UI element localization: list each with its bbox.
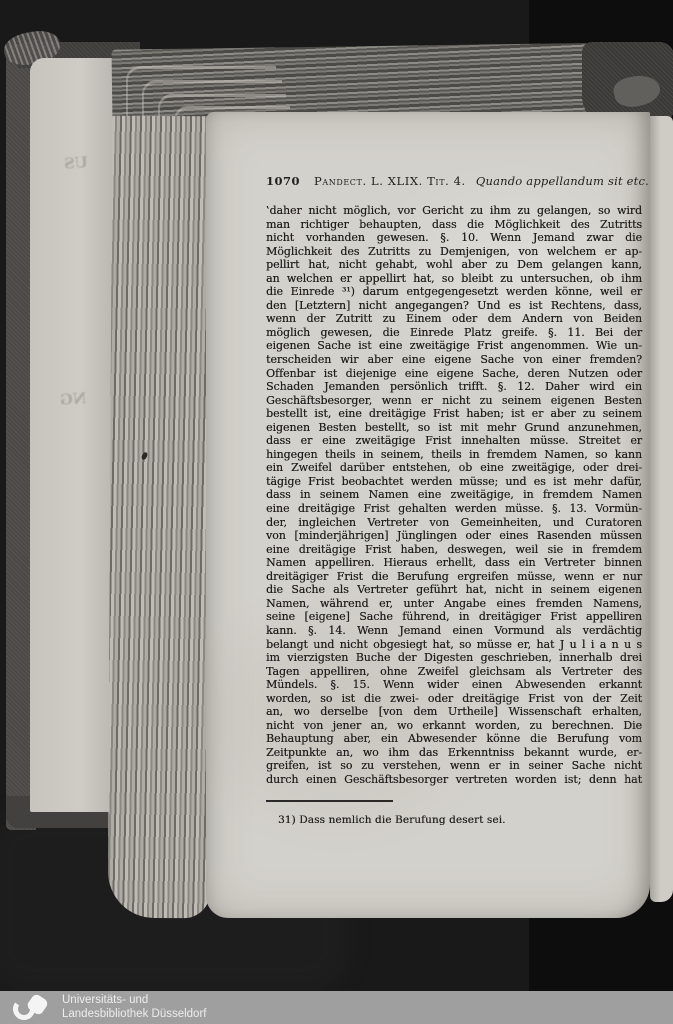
text-line: Schaden Jemanden persönlich trifft. §. 1…	[266, 380, 642, 394]
text-line: Möglichkeit des Zutritts zu Demjenigen, …	[266, 245, 642, 259]
text-line: Offenbar ist diejenige eine eigene Sache…	[266, 367, 642, 381]
text-line: Geschäftsbesorger, wenn er nicht zu sein…	[266, 394, 642, 408]
watermark-text: Universitäts- und Landesbibliothek Düsse…	[62, 993, 206, 1021]
text-line: durch einen Geschäftsbesorger vertreten …	[266, 773, 642, 787]
text-line: dass er eine zweitägige Frist innehalten…	[266, 434, 642, 448]
text-line: bestellt ist, eine dreitägige Frist habe…	[266, 407, 642, 421]
text-line: worden, so ist die zwei- oder dreitägige…	[266, 692, 642, 706]
text-line: eine dreitägige Frist haben, deswegen, w…	[266, 543, 642, 557]
text-line: Namen appelliren. Hieraus erhellt, dass …	[266, 556, 642, 570]
text-line: nicht vorhanden gewesen. §. 10. Wenn Jem…	[266, 231, 642, 245]
library-watermark-bar: Universitäts- und Landesbibliothek Düsse…	[0, 991, 673, 1024]
text-line: im vierzigsten Buche der Digesten geschr…	[266, 651, 642, 665]
footnote: 31) Dass nemlich die Berufung desert sei…	[278, 814, 506, 826]
running-subtitle: Quando appellandum sit etc.	[476, 174, 649, 188]
text-line: belangt und nicht obgesiegt hat, so müss…	[266, 638, 642, 652]
body-text: ‛daher nicht möglich, vor Gericht zu ihm…	[266, 204, 642, 787]
text-line: eigenen Besten bestellt, so ist mit mehr…	[266, 421, 642, 435]
text-line: Mündels. §. 15. Wenn wider einen Abwesen…	[266, 678, 642, 692]
text-line: ‛daher nicht möglich, vor Gericht zu ihm…	[266, 204, 642, 218]
text-line: von [minderjährigen] Jünglingen oder ein…	[266, 529, 642, 543]
bleedthrough-text: US	[63, 153, 88, 173]
text-line: Zeitpunkte an, wo ihm das Erkenntniss be…	[266, 746, 642, 760]
text-line: man richtiger behaupten, dass die Möglic…	[266, 218, 642, 232]
text-line: Namen, während er, unter Angabe eines fr…	[266, 597, 642, 611]
text-line: die Sache als Vertreter geführt hat, nic…	[266, 583, 642, 597]
text-line: der, ingleichen Vertreter von Gemeinheit…	[266, 516, 642, 530]
bleedthrough-text: NG	[59, 389, 87, 409]
text-line: greifen, ist so zu verstehen, wenn er in…	[266, 759, 642, 773]
text-line: seine [eigene] Sache führend, in dreitäg…	[266, 610, 642, 624]
text-line: nicht von jener an, wo erkannt worden, z…	[266, 719, 642, 733]
text-line: möglich gewesen, die Einrede Platz greif…	[266, 326, 642, 340]
facing-page-edge	[650, 116, 673, 902]
text-line: pellirt hat, nicht gehabt, wohl aber zu …	[266, 258, 642, 272]
text-line: an welchen er appellirt hat, so bleibt z…	[266, 272, 642, 286]
text-line: tägige Frist beobachtet werden müsse; un…	[266, 475, 642, 489]
text-line: Tagen appelliren, ohne Zweifel gleichsam…	[266, 665, 642, 679]
page-number: 1070	[266, 174, 300, 188]
footnote-rule	[266, 800, 393, 802]
text-page: 1070Pandect. L. XLIX. Tit. 4.Quando appe…	[206, 112, 650, 918]
page-stack-edges	[108, 116, 214, 919]
text-line: die Einrede ³¹) darum entgegengesetzt we…	[266, 285, 642, 299]
running-title: Pandect. L. XLIX. Tit. 4.	[314, 174, 466, 188]
text-line: eigenen Sache ist eine zweitägige Frist …	[266, 339, 642, 353]
text-line: hingegen theils in seinem, theils in fre…	[266, 448, 642, 462]
book-scan-photo: US NG 1070Pandect. L. XLIX. Tit. 4.Quand…	[0, 0, 673, 1024]
library-logo-icon	[10, 993, 54, 1023]
text-line: dass in seinem Namen eine zweitägige, in…	[266, 488, 642, 502]
blank-verso-page: US NG	[30, 58, 114, 812]
text-line: wenn der Zutritt zu Einem oder dem Ander…	[266, 312, 642, 326]
text-line: Behauptung aber, ein Abwesender könne di…	[266, 732, 642, 746]
text-line: kann. §. 14. Wenn Jemand einen Vormund a…	[266, 624, 642, 638]
text-line: terscheiden wir aber eine eigene Sache v…	[266, 353, 642, 367]
text-line: eine dreitägige Frist gehalten werden mü…	[266, 502, 642, 516]
text-line: dreitägiger Frist die Berufung ergreifen…	[266, 570, 642, 584]
page-header: 1070Pandect. L. XLIX. Tit. 4.Quando appe…	[266, 174, 642, 190]
text-line: den [Letztern] nicht angegangen? Und es …	[266, 299, 642, 313]
text-line: an, wo derselbe [von dem Urtheile] Wisse…	[266, 705, 642, 719]
text-line: ein Zweifel darüber entstehen, ob eine z…	[266, 461, 642, 475]
